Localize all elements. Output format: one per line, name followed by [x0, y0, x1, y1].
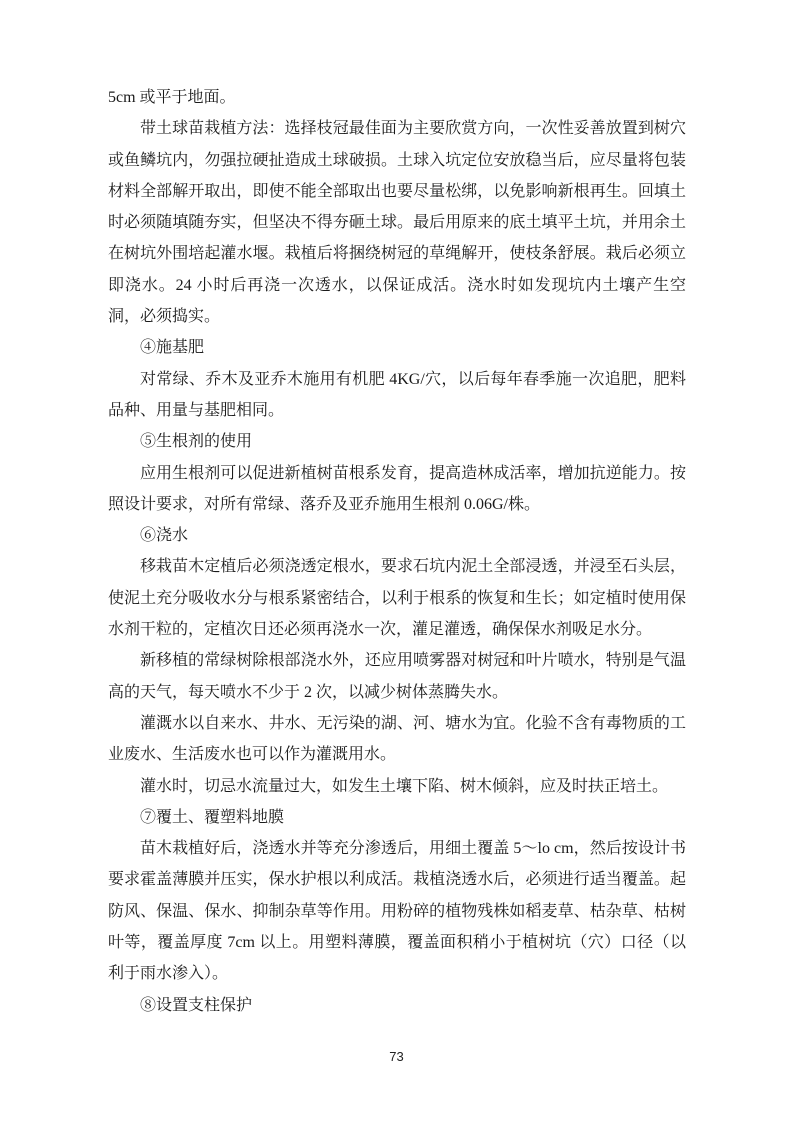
- section-heading-5-rooting-agent: ⑤生根剂的使用: [108, 426, 686, 457]
- paragraph-continuation: 5cm 或平于地面。: [108, 82, 686, 113]
- document-page: 5cm 或平于地面。 带土球苗栽植方法：选择枝冠最佳面为主要欣赏方向，一次性妥善…: [0, 0, 793, 1122]
- paragraph-base-fertilizer: 对常绿、乔木及亚乔木施用有机肥 4KG/穴，以后每年春季施一次追肥，肥料品种、用…: [108, 364, 686, 427]
- paragraph-mulching: 苗木栽植好后，浇透水并等充分渗透后，用细土覆盖 5～lo cm，然后按设计书要求…: [108, 833, 686, 989]
- section-heading-4-base-fertilizer: ④施基肥: [108, 332, 686, 363]
- section-heading-7-mulching: ⑦覆土、覆塑料地膜: [108, 802, 686, 833]
- section-heading-8-stake-support: ⑧设置支柱保护: [108, 990, 686, 1021]
- section-heading-6-watering: ⑥浇水: [108, 520, 686, 551]
- paragraph-water-sources: 灌溉水以自来水、井水、无污染的湖、河、塘水为宜。化验不含有毒物质的工业废水、生活…: [108, 708, 686, 771]
- paragraph-watering-spray: 新移植的常绿树除根部浇水外，还应用喷雾器对树冠和叶片喷水，特别是气温高的天气，每…: [108, 645, 686, 708]
- paragraph-ball-planting-method: 带土球苗栽植方法：选择枝冠最佳面为主要欣赏方向，一次性妥善放置到树穴或鱼鳞坑内，…: [108, 113, 686, 332]
- paragraph-rooting-agent: 应用生根剂可以促进新植树苗根系发育，提高造林成活率，增加抗逆能力。按照设计要求，…: [108, 458, 686, 521]
- paragraph-water-flow-caution: 灌水时，切忌水流量过大，如发生土壤下陷、树木倾斜，应及时扶正培土。: [108, 771, 686, 802]
- paragraph-watering-first: 移栽苗木定植后必须浇透定根水，要求石坑内泥土全部浸透，并浸至石头层，使泥土充分吸…: [108, 551, 686, 645]
- document-body: 5cm 或平于地面。 带土球苗栽植方法：选择枝冠最佳面为主要欣赏方向，一次性妥善…: [108, 82, 686, 1021]
- page-number: 73: [0, 1049, 793, 1064]
